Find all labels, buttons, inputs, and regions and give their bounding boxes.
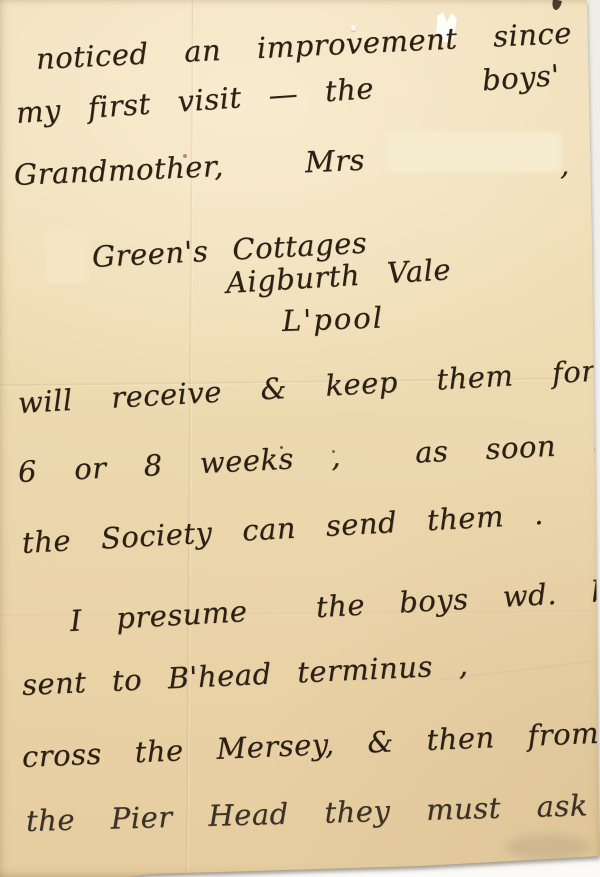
letter-line-13: the Pier Head they must ask bbox=[26, 788, 589, 838]
erased-patch-left-margin bbox=[46, 231, 88, 283]
letter-page: noticed an improvement since my first vi… bbox=[0, 0, 600, 877]
erased-name-patch bbox=[386, 132, 562, 172]
scanned-letter-background: noticed an improvement since my first vi… bbox=[0, 0, 600, 877]
letter-line-9: the Society can send them . bbox=[21, 497, 544, 560]
letter-line-10: I presume the boys wd. be bbox=[69, 573, 600, 638]
letter-line-8: 6 or 8 weeks , as soon as bbox=[17, 425, 600, 489]
letter-line-12: cross the Mersey, & then from bbox=[21, 716, 599, 774]
letter-line-7: will receive & keep them for bbox=[17, 354, 596, 420]
paper-shadow: noticed an improvement since my first vi… bbox=[0, 0, 600, 877]
letter-line-3: Grandmother, Mrs bbox=[13, 143, 365, 192]
letter-line-6: L'pool bbox=[281, 300, 384, 338]
smudge-bottom-right bbox=[505, 835, 590, 859]
comma-after-erasure: , bbox=[560, 148, 570, 183]
letter-line-11: sent to B'head terminus , bbox=[21, 648, 469, 702]
ink-mark-top-edge bbox=[551, 0, 562, 11]
